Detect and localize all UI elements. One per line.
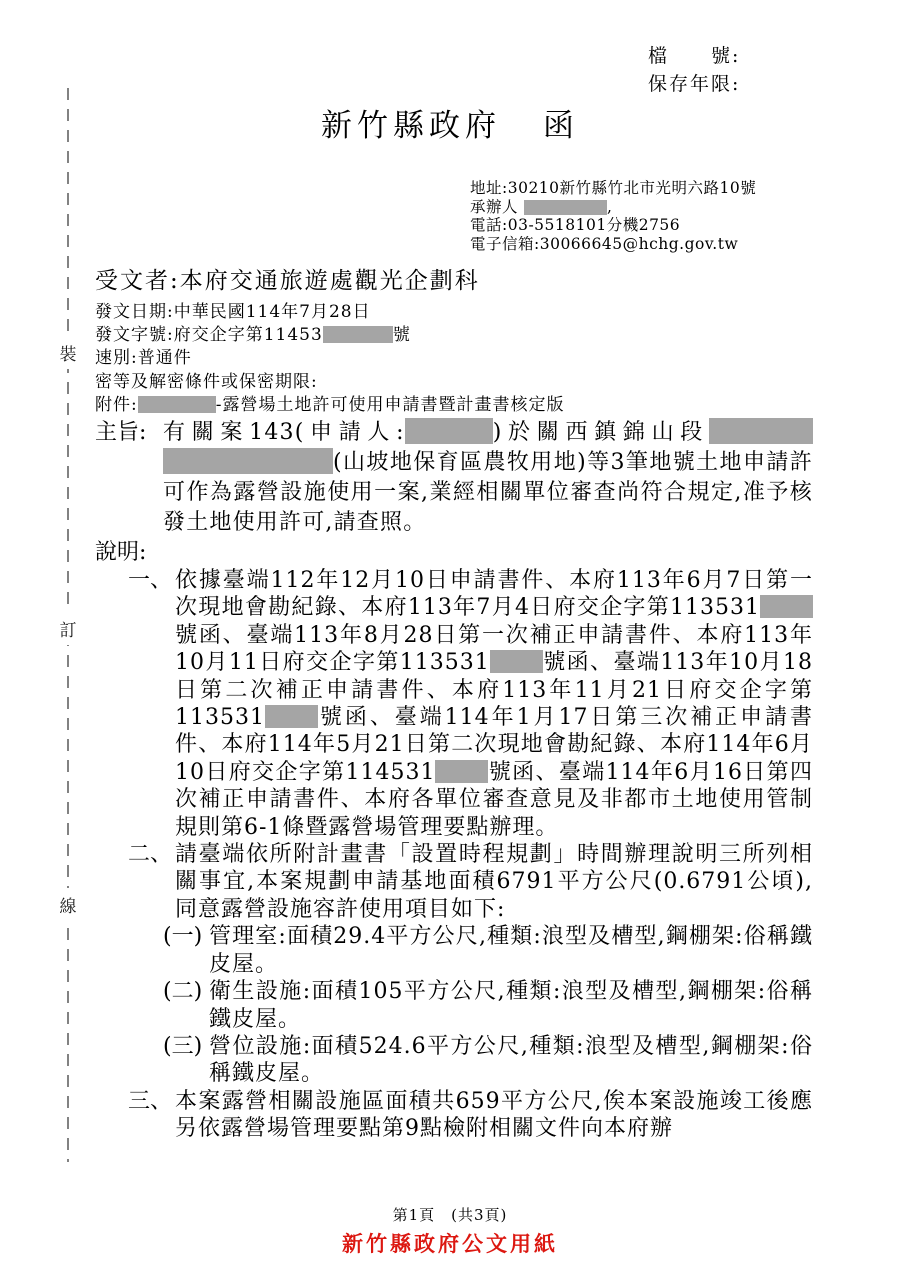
subject-label: 主旨: xyxy=(95,418,163,538)
sub-3-content: 營位設施:面積524.6平方公尺,種類:浪型及槽型,鋼棚架:俗稱鐵皮屋。 xyxy=(209,1033,813,1088)
explanation-item-2-sub-1: (一) 管理室:面積29.4平方公尺,種類:浪型及槽型,鋼棚架:俗稱鐵皮屋。 xyxy=(163,923,813,978)
letter-number-redaction-2 xyxy=(490,650,543,673)
letter-number-redaction-4 xyxy=(435,760,488,783)
item-2-content: 請臺端依所附計畫書「設置時程規劃」時間辦理說明三所列相關事宜,本案規劃申請基地面… xyxy=(175,841,813,923)
item-1-content: 依據臺端112年12月10日申請書件、本府113年6月7日第一次現地會勘紀錄、本… xyxy=(175,567,813,841)
explanation-item-2-sub-2: (二) 衛生設施:面積105平方公尺,種類:浪型及槽型,鋼棚架:俗稱鐵皮屋。 xyxy=(163,978,813,1033)
contact-email: 電子信箱:30066645@hchg.gov.tw xyxy=(470,235,756,254)
doc-number-redaction xyxy=(323,326,393,343)
contact-address: 地址:30210新竹縣竹北市光明六路10號 xyxy=(470,179,756,198)
subject-seg-1: 有關案143(申請人: xyxy=(163,420,405,445)
contact-officer-line: 承辦人, xyxy=(470,198,756,217)
attachment-label: 附件: xyxy=(95,395,138,415)
file-number-label: 檔 號: xyxy=(648,42,740,70)
attachment-line: 附件:-露營場土地許可使用申請書暨計畫書核定版 xyxy=(95,394,564,417)
footer-paper-label: 新竹縣政府公文用紙 xyxy=(0,1228,900,1258)
item-3-content: 本案露營相關設施區面積共659平方公尺,俟本案設施竣工後應另依露營場管理要點第9… xyxy=(175,1088,813,1143)
explanation-item-3: 三、 本案露營相關設施區面積共659平方公尺,俟本案設施竣工後應另依露營場管理要… xyxy=(128,1088,813,1143)
explanation-item-2-sub-3: (三) 營位設施:面積524.6平方公尺,種類:浪型及槽型,鋼棚架:俗稱鐵皮屋。 xyxy=(163,1033,813,1088)
binding-mark-ding: 訂 xyxy=(54,612,82,645)
explanation-item-1: 一、 依據臺端112年12月10日申請書件、本府113年6月7日第一次現地會勘紀… xyxy=(128,567,813,841)
attachment-redaction xyxy=(138,396,216,413)
sub-3-number: (三) xyxy=(163,1033,209,1088)
contact-phone: 電話:03-5518101分機2756 xyxy=(470,216,756,235)
item-3-number: 三、 xyxy=(128,1088,175,1143)
item-1-number: 一、 xyxy=(128,567,175,841)
parcel-number-redaction-2 xyxy=(163,448,333,474)
subject-content: 有關案143(申請人:)於關西鎮錦山段(山坡地保育區農牧用地)等3筆地號土地申請… xyxy=(163,418,813,538)
explanation-item-2: 二、 請臺端依所附計畫書「設置時程規劃」時間辦理說明三所列相關事宜,本案規劃申請… xyxy=(128,841,813,923)
issuing-org-name: 新竹縣政府 xyxy=(321,100,501,145)
document-page: 裝 訂 線 檔 號: 保存年限: 新竹縣政府 函 地址:30210新竹縣竹北市光… xyxy=(0,0,900,1273)
retention-period-label: 保存年限: xyxy=(648,70,740,98)
attachment-text: -露營場土地許可使用申請書暨計畫書核定版 xyxy=(216,395,565,415)
subject-seg-2: )於關西鎮錦山段 xyxy=(493,420,709,445)
document-body: 主旨: 有關案143(申請人:)於關西鎮錦山段(山坡地保育區農牧用地)等3筆地號… xyxy=(95,418,813,1143)
sub-2-content: 衛生設施:面積105平方公尺,種類:浪型及槽型,鋼棚架:俗稱鐵皮屋。 xyxy=(209,978,813,1033)
doc-number-line: 發文字號:府交企字第11453號 xyxy=(95,324,564,347)
parcel-number-redaction-1 xyxy=(709,418,813,444)
explanation-label: 說明: xyxy=(95,538,813,567)
meta-block: 發文日期:中華民國114年7月28日 發文字號:府交企字第11453號 速別:普… xyxy=(95,301,564,417)
speed-level-line: 速別:普通件 xyxy=(95,347,564,370)
recipient-line: 受文者:本府交通旅遊處觀光企劃科 xyxy=(95,262,480,295)
item-1-seg-1: 依據臺端112年12月10日申請書件、本府113年6月7日第一次現地會勘紀錄、本… xyxy=(175,568,813,620)
contact-block: 地址:30210新竹縣竹北市光明六路10號 承辦人, 電話:03-5518101… xyxy=(470,179,756,253)
letter-number-redaction-3 xyxy=(265,705,318,728)
binding-mark-zhuang: 裝 xyxy=(54,336,82,369)
officer-name-redaction xyxy=(524,200,607,215)
issue-date-line: 發文日期:中華民國114年7月28日 xyxy=(95,301,564,324)
footer-page-number: 第1頁 (共3頁) xyxy=(0,1204,900,1225)
doc-number-prefix: 發文字號:府交企字第11453 xyxy=(95,325,323,345)
binding-mark-xian: 線 xyxy=(54,888,82,921)
sub-1-number: (一) xyxy=(163,923,209,978)
officer-mark: , xyxy=(607,198,612,216)
security-level-line: 密等及解密條件或保密期限: xyxy=(95,371,564,394)
item-2-number: 二、 xyxy=(128,841,175,923)
applicant-name-redaction xyxy=(405,418,493,444)
subject-paragraph: 主旨: 有關案143(申請人:)於關西鎮錦山段(山坡地保育區農牧用地)等3筆地號… xyxy=(95,418,813,538)
officer-label: 承辦人 xyxy=(470,198,518,216)
doc-number-suffix: 號 xyxy=(393,325,411,345)
document-type-label: 函 xyxy=(543,100,579,145)
sub-1-content: 管理室:面積29.4平方公尺,種類:浪型及槽型,鋼棚架:俗稱鐵皮屋。 xyxy=(209,923,813,978)
sub-2-number: (二) xyxy=(163,978,209,1033)
archive-header: 檔 號: 保存年限: xyxy=(648,42,740,98)
document-title: 新竹縣政府 函 xyxy=(0,100,900,145)
letter-number-redaction-1 xyxy=(760,595,813,618)
